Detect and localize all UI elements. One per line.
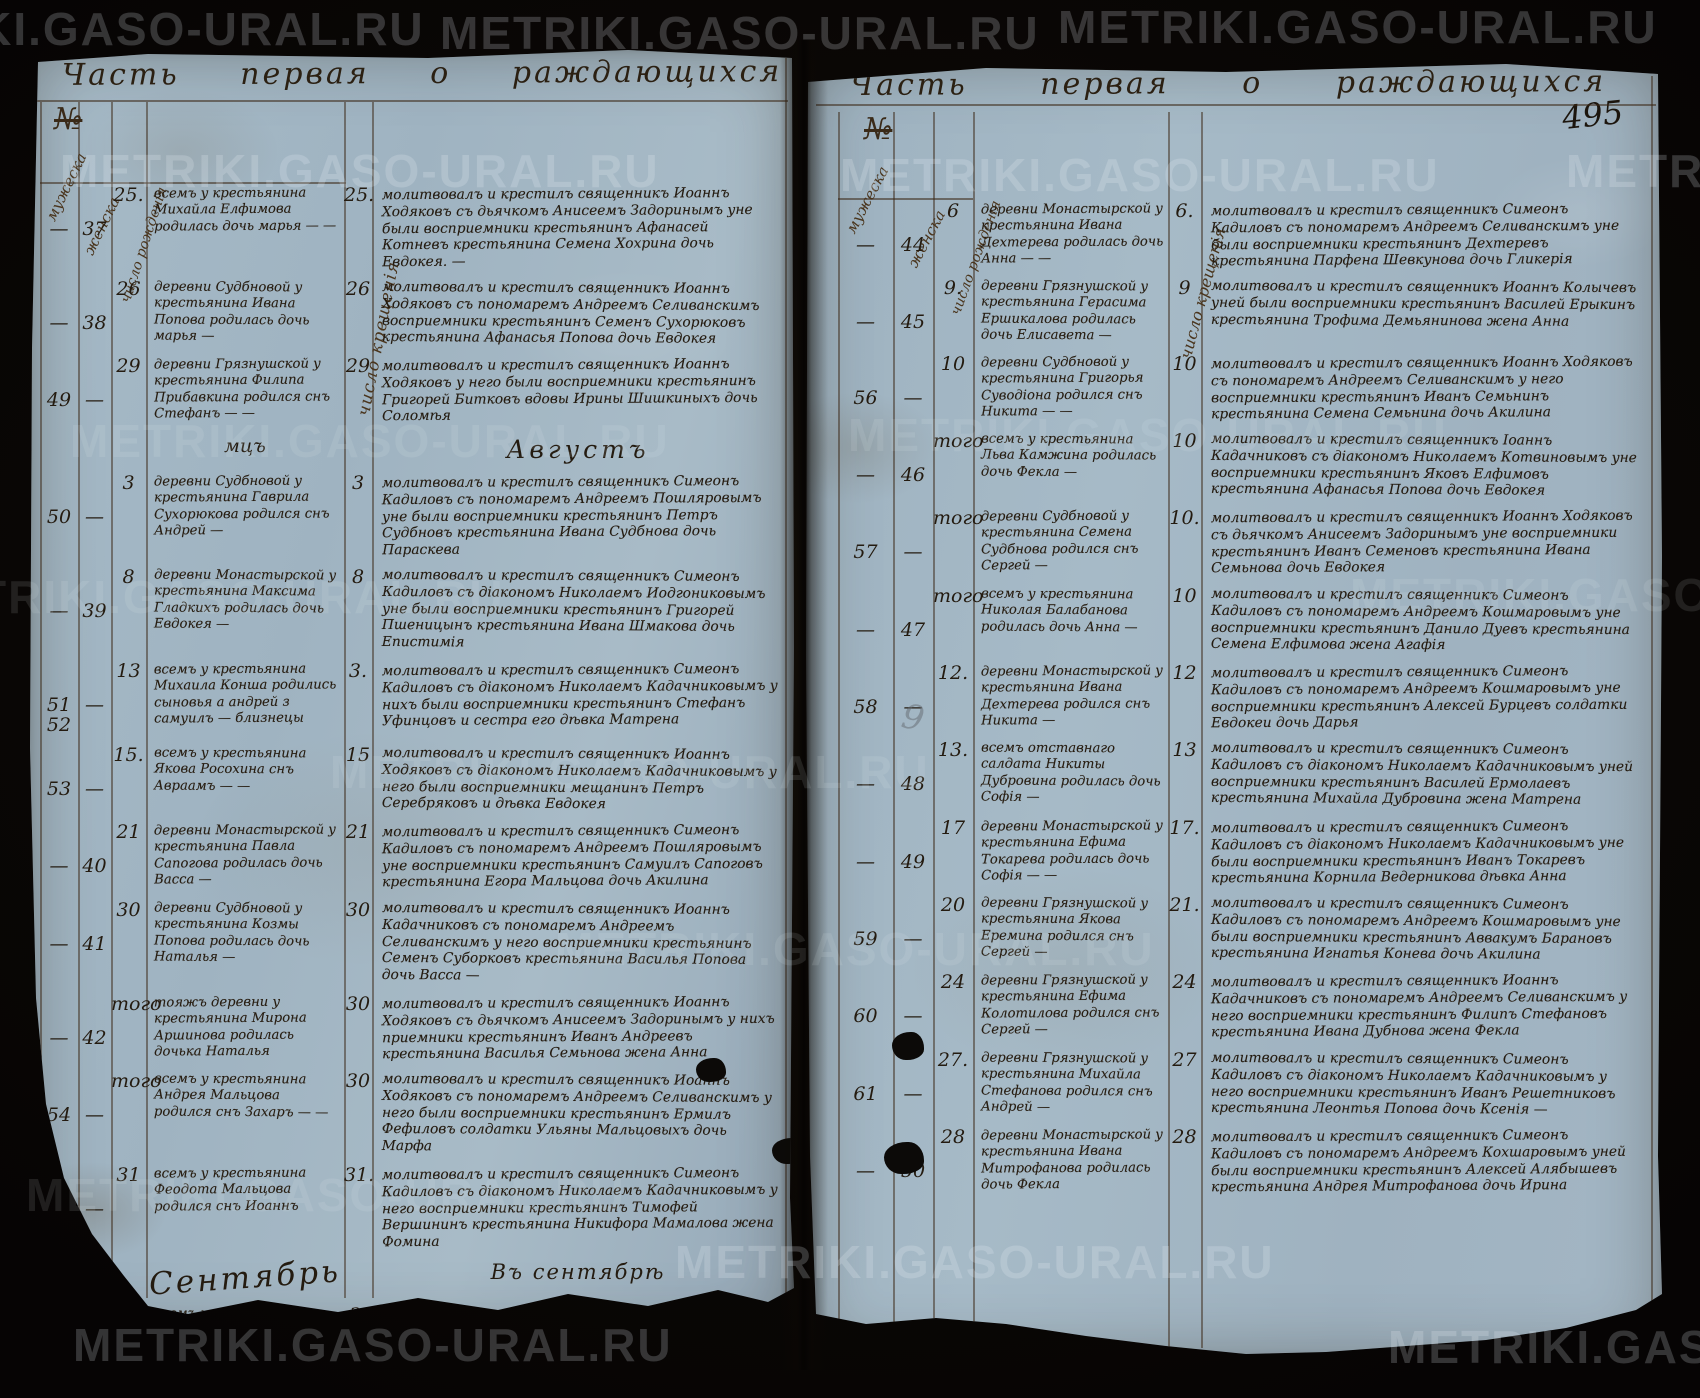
baptism-day-cell: 30 xyxy=(344,901,372,921)
male-count-cell: — xyxy=(40,901,78,955)
male-count-cell: 49 xyxy=(40,357,78,411)
rule-line xyxy=(1651,76,1653,1306)
birth-record-cell: всемъ у крестьянина Феодота Мальцова род… xyxy=(146,1166,344,1216)
male-count-cell: — xyxy=(40,186,78,240)
male-count-cell: — xyxy=(838,432,893,486)
birth-record-cell: всемъ у крестьянина Якова Росохина снъ А… xyxy=(146,745,344,795)
female-count-cell: 40 xyxy=(78,823,111,877)
watermark: METRIKI.GASO-URAL.RU xyxy=(73,1318,673,1372)
baptism-day-cell: 29 xyxy=(344,357,372,377)
baptism-record-cell: молитвовалъ и крестилъ священникъ Симеон… xyxy=(372,661,784,731)
birth-day-cell: 10 xyxy=(933,355,973,375)
female-count-cell: 43 xyxy=(78,1306,111,1360)
baptism-day-cell: 10 xyxy=(1168,587,1201,607)
left-page: Часть первая о раждающихся № мужеска жен… xyxy=(28,48,794,1340)
birth-record-cell: тояжъ деревни у крестьянина Мирона Аршин… xyxy=(146,994,344,1061)
watermark: METRIKI.GASO-URAL.RU xyxy=(0,2,425,56)
birth-day-cell: 3 xyxy=(111,474,146,494)
male-count-cell: — xyxy=(40,568,78,622)
birth-day-cell: 25. xyxy=(111,186,146,206)
birth-day-cell: 15. xyxy=(111,746,146,766)
page-gutter-shadow xyxy=(780,40,828,1370)
baptism-day-cell: 25. xyxy=(344,186,372,206)
baptism-record-cell: молитвовалъ и крестилъ священникъ Симеон… xyxy=(1201,740,1648,810)
birth-record-cell: деревни Грязнушской у крестьянина Филипа… xyxy=(146,357,344,424)
birth-record-cell: деревни Монастырской у крестьянина Ивана… xyxy=(973,201,1168,268)
birth-record-cell: всемъ у крестьянина Гаврила Ляпунова род… xyxy=(146,1306,344,1356)
male-count-cell: — xyxy=(838,202,893,256)
birth-day-cell: 9. xyxy=(933,279,973,299)
baptism-day-cell: 15 xyxy=(344,746,372,766)
baptism-day-cell: 30 xyxy=(344,995,372,1015)
birth-record-cell: деревни Монастырской у крестьянина Ефима… xyxy=(973,818,1168,885)
number-sign: № xyxy=(54,102,82,137)
records-table-right: —446деревни Монастырской у крестьянина И… xyxy=(838,202,1650,1195)
female-count-cell: — xyxy=(78,1166,111,1220)
birth-day-cell: 28 xyxy=(933,1128,973,1148)
birth-record-cell: деревни Монастырской у крестьянина Павла… xyxy=(146,823,344,890)
baptism-record-cell: молитвовалъ и крестилъ священникъ Иоаннъ… xyxy=(372,745,784,814)
right-page: Часть первая о раждающихся 495 № мужеска… xyxy=(806,56,1664,1362)
birth-day-cell: 30 xyxy=(111,901,146,921)
ink-blot xyxy=(696,1058,726,1082)
page-number: 495 xyxy=(1560,93,1625,137)
female-count-cell: 48 xyxy=(893,741,933,795)
baptism-record-cell: молитвовалъ и крестилъ священникъ Иоаннъ… xyxy=(372,279,784,348)
baptism-record-cell: молитвовалъ и крестилъ священникъ Симеон… xyxy=(372,473,785,560)
baptism-record-cell: молитвовалъ и крестилъ священникъ Иоаннъ… xyxy=(372,1071,784,1157)
baptism-day-cell: 13 xyxy=(1168,741,1201,761)
month-header-baptism: Августъ xyxy=(372,435,784,464)
watermark: METRIKI.GASO-URAL.RU xyxy=(440,6,1040,60)
female-count-cell: — xyxy=(78,662,111,716)
baptism-record-cell: молитвовалъ и крестилъ священникъ Симеон… xyxy=(1201,586,1648,656)
baptism-record-cell: молитвовалъ и крестилъ священникъ Иоаннъ… xyxy=(1201,508,1648,578)
metric-book-scan: Часть первая о раждающихся № мужеска жен… xyxy=(0,0,1700,1398)
birth-record-cell: всемъ у крестьянина Михайла Елфимова род… xyxy=(146,185,344,235)
baptism-day-cell: 27 xyxy=(1168,1051,1201,1071)
baptism-record-cell: молитвовалъ и крестилъ священникъ Иоаннъ… xyxy=(1201,353,1648,423)
baptism-day-cell: 26 xyxy=(344,280,372,300)
divider xyxy=(816,104,1656,106)
baptism-day-cell: 21 xyxy=(344,823,372,843)
baptism-record-cell: молитвовалъ и крестилъ священникъ Иоаннъ… xyxy=(1201,972,1648,1042)
month-header-birth: Сентябрь xyxy=(145,1253,345,1303)
birth-day-cell: 26 xyxy=(111,280,146,300)
birth-record-cell: деревни Грязнушской у крестьянина Михайл… xyxy=(973,1050,1168,1116)
birth-day-cell: 29 xyxy=(111,357,146,377)
female-count-cell: — xyxy=(893,355,933,409)
baptism-day-cell: 3 xyxy=(344,474,372,494)
baptism-record-cell: молитвовалъ и крестилъ священникъ Иоаннъ… xyxy=(372,356,784,426)
male-count-cell: 50 xyxy=(40,474,78,528)
birth-record-cell: деревни Монастырской у крестьянина Ивана… xyxy=(973,663,1168,730)
male-count-cell: — xyxy=(838,279,893,333)
baptism-day-cell: 24 xyxy=(1168,973,1201,993)
baptism-record-cell: молитвовалъ и крестилъ священникъ Иоаннъ… xyxy=(372,993,784,1063)
male-count-cell: 59 xyxy=(838,896,893,950)
baptism-day-cell: 17. xyxy=(1168,819,1201,839)
month-header-baptism: Въ сентябрѣ xyxy=(372,1260,784,1284)
birth-day-cell: 24 xyxy=(933,973,973,993)
female-count-cell: 47 xyxy=(893,587,933,641)
birth-day-cell: 17 xyxy=(933,819,973,839)
birth-day-cell: 31 xyxy=(111,1166,146,1186)
male-count-cell: — xyxy=(40,280,78,334)
female-count-cell: 45 xyxy=(893,279,933,333)
female-count-cell: — xyxy=(893,973,933,1027)
birth-day-cell: того xyxy=(111,1072,146,1092)
baptism-day-cell: 12 xyxy=(1168,664,1201,684)
birth-day-cell: 20 xyxy=(933,896,973,916)
birth-record-cell: деревни Грязнушской у крестьянина Ефима … xyxy=(973,973,1168,1040)
birth-record-cell: всемъ отставнаго салдата Никиты Дубровин… xyxy=(973,741,1168,807)
birth-day-cell: 27. xyxy=(933,1051,973,1071)
birth-day-cell: 3. xyxy=(111,1306,146,1326)
female-count-cell: 42 xyxy=(78,995,111,1049)
female-count-cell: 37 xyxy=(78,186,111,240)
baptism-day-cell: 31. xyxy=(344,1166,372,1186)
baptism-record-cell: молитвовалъ и крестилъ священникъ Симеон… xyxy=(1201,1127,1648,1197)
birth-record-cell: всемъ у крестьянина Николая Балабанова р… xyxy=(973,586,1168,636)
male-count-cell: 54 xyxy=(40,1072,78,1126)
birth-record-cell: всемъ у крестьянина Андрея Мальцова роди… xyxy=(146,1071,344,1121)
male-count-cell: — xyxy=(40,995,78,1049)
baptism-record-cell: молитвовалъ и крестилъ священникъ Иоаннъ… xyxy=(372,1305,784,1375)
male-count-cell: 55 xyxy=(40,1166,78,1220)
birth-record-cell: всемъ у крестьянина Михаила Конша родили… xyxy=(146,661,344,728)
birth-record-cell: деревни Судбновой у крестьянина Ивана По… xyxy=(146,280,344,346)
female-count-cell: 39 xyxy=(78,568,111,622)
birth-record-cell: деревни Судбновой у крестьянина Гаврила … xyxy=(146,473,344,540)
birth-day-cell: 8 xyxy=(111,568,146,588)
baptism-record-cell: молитвовалъ и крестилъ священникъ Симеон… xyxy=(372,567,784,653)
birth-day-cell: 21 xyxy=(111,823,146,843)
watermark: METRIKI.GASO-URAL.RU xyxy=(1058,0,1658,54)
baptism-record-cell: молитвовалъ и крестилъ священникъ Симеон… xyxy=(1201,895,1648,965)
page-title: Часть первая о раждающихся xyxy=(850,64,1606,103)
female-count-cell: 46 xyxy=(893,432,933,486)
baptism-day-cell: 10 xyxy=(1168,432,1201,452)
male-count-cell: — xyxy=(838,741,893,795)
number-sign: № xyxy=(864,112,892,147)
birth-day-cell: 12. xyxy=(933,664,973,684)
baptism-record-cell: молитвовалъ и крестилъ священникъ Симеон… xyxy=(1201,663,1648,733)
female-count-cell: — xyxy=(78,746,111,800)
baptism-record-cell: молитвовалъ и крестилъ священникъ Симеон… xyxy=(1201,201,1648,271)
baptism-record-cell: молитвовалъ и крестилъ священникъ Иоаннъ… xyxy=(372,185,785,272)
male-count-cell: 56 xyxy=(838,355,893,409)
male-count-cell: 60 xyxy=(838,973,893,1027)
birth-record-cell: деревни Монастырской у крестьянина Макси… xyxy=(146,567,344,633)
birth-day-cell: того xyxy=(933,432,973,452)
records-table-left: —3725.всемъ у крестьянина Михайла Елфимо… xyxy=(40,186,786,1374)
male-count-cell: 53 xyxy=(40,746,78,800)
female-count-cell: 38 xyxy=(78,280,111,334)
female-count-cell: — xyxy=(893,896,933,950)
ink-blot xyxy=(884,1142,924,1174)
birth-record-cell: деревни Судбновой у крестьянина Семена С… xyxy=(973,509,1168,576)
baptism-day-cell: 3. xyxy=(344,662,372,682)
female-count-cell: 41 xyxy=(78,901,111,955)
baptism-day-cell: 8 xyxy=(344,568,372,588)
female-count-cell: — xyxy=(78,1072,111,1126)
male-count-cell: 58 xyxy=(838,664,893,718)
birth-record-cell: деревни Грязнушской у крестьянина Якова … xyxy=(973,895,1168,961)
baptism-record-cell: молитвовалъ и крестилъ священникъ Іоаннъ… xyxy=(1201,431,1648,501)
birth-day-cell: того xyxy=(111,995,146,1015)
baptism-record-cell: молитвовалъ и крестилъ священникъ Симеон… xyxy=(1201,1049,1648,1119)
month-header-birth: мцъ xyxy=(146,435,344,457)
baptism-record-cell: молитвовалъ и крестилъ священникъ Симеон… xyxy=(1201,817,1648,887)
male-count-cell: — xyxy=(40,823,78,877)
baptism-day-cell: 9 xyxy=(1168,279,1201,299)
baptism-record-cell: молитвовалъ и крестилъ священникъ Иоаннъ… xyxy=(1201,278,1648,331)
birth-day-cell: того xyxy=(933,509,973,529)
ink-blot xyxy=(892,1032,924,1060)
birth-record-cell: деревни Грязнушской у крестьянина Гераси… xyxy=(973,279,1168,345)
birth-record-cell: деревни Судбновой у крестьянина Григорья… xyxy=(973,354,1168,421)
female-count-cell: 44 xyxy=(893,202,933,256)
baptism-day-cell: 21. xyxy=(1168,896,1201,916)
baptism-day-cell: 28 xyxy=(1168,1128,1201,1148)
female-count-cell: — xyxy=(893,509,933,563)
page-title: Часть первая о раждающихся xyxy=(62,54,782,93)
female-count-cell: — xyxy=(78,474,111,528)
male-count-cell: 57 xyxy=(838,509,893,563)
baptism-day-cell: 3. xyxy=(344,1306,372,1326)
birth-day-cell: 13. xyxy=(933,741,973,761)
male-count-cell: 51 52 xyxy=(40,662,78,736)
male-count-cell: — xyxy=(838,819,893,873)
baptism-day-cell: 6. xyxy=(1168,202,1201,222)
baptism-day-cell: 10 xyxy=(1168,355,1201,375)
male-count-cell: — xyxy=(838,587,893,641)
baptism-record-cell: молитвовалъ и крестилъ священникъ Симеон… xyxy=(372,1165,785,1252)
male-count-cell: — xyxy=(40,1306,78,1360)
male-count-cell: 61 xyxy=(838,1051,893,1105)
birth-day-cell: 13 xyxy=(111,662,146,682)
birth-record-cell: деревни Монастырской у крестьянина Ивана… xyxy=(973,1127,1168,1194)
baptism-record-cell: молитвовалъ и крестилъ священникъ Иоаннъ… xyxy=(372,899,784,985)
baptism-day-cell: 30 xyxy=(344,1072,372,1092)
birth-record-cell: деревни Судбновой у крестьянина Козмы По… xyxy=(146,900,344,966)
baptism-record-cell: молитвовалъ и крестилъ священникъ Симеон… xyxy=(372,822,784,892)
female-count-cell: 49 xyxy=(893,819,933,873)
divider xyxy=(40,182,346,184)
birth-day-cell: 6 xyxy=(933,202,973,222)
baptism-day-cell: 10. xyxy=(1168,509,1201,529)
birth-record-cell: всемъ у крестьянина Льва Камжина родилас… xyxy=(973,432,1168,482)
birth-day-cell: того xyxy=(933,587,973,607)
female-count-cell: — xyxy=(78,357,111,411)
